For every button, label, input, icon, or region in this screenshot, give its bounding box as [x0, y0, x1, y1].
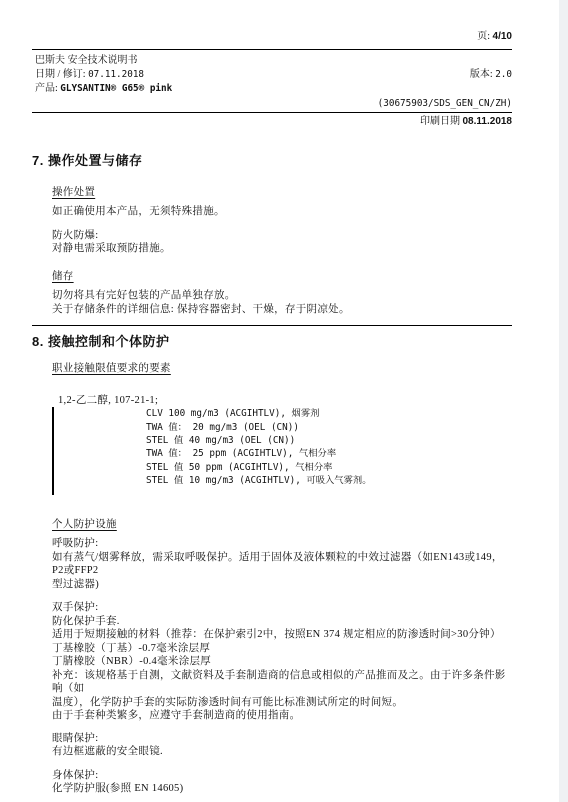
oel-subheading-text: 职业接触限值要求的要素	[52, 363, 171, 374]
doc-title-row: 巴斯夫 安全技术说明书	[35, 54, 512, 68]
fire-label: 防火防爆:	[52, 229, 512, 243]
print-date-row: 印刷日期 08.11.2018	[32, 113, 512, 129]
doc-title: 巴斯夫 安全技术说明书	[35, 55, 138, 66]
version-label: 版本:	[470, 69, 493, 80]
fire-text: 对静电需采取预防措施。	[52, 242, 512, 256]
limit-line: CLV 100 mg/m3 (ACGIHTLV), 烟雾剂	[146, 407, 512, 420]
hand-line: 丁腈橡胶（NBR）-0.4毫米涂层厚	[52, 655, 512, 669]
header-page-row: 页: 4/10	[32, 30, 512, 50]
storage-line: 切勿将具有完好包装的产品单独存放。	[52, 289, 512, 303]
respiratory-label: 呼吸防护:	[52, 537, 512, 551]
hand-line: 防化保护手套.	[52, 615, 512, 629]
page-number: 4/10	[493, 31, 512, 42]
limit-line: STEL 值 50 ppm (ACGIHTLV), 气相分率	[146, 461, 512, 474]
body-text: 化学防护服(参照 EN 14605)	[52, 782, 512, 796]
section7-heading: 7. 操作处置与储存	[32, 153, 512, 169]
date-label: 日期 / 修订:	[35, 69, 86, 80]
hand-label: 双手保护:	[52, 601, 512, 615]
hand-line: 由于手套种类繁多，应遵守手套制造商的使用指南。	[52, 709, 512, 723]
hand-line: 丁基橡胶（丁基）-0.7毫米涂层厚	[52, 642, 512, 656]
storage-line: 关于存储条件的详细信息: 保持容器密封、干燥，存于阴凉处。	[52, 303, 512, 317]
product-name: GLYSANTIN® G65® pink	[60, 83, 172, 94]
version: 版本: 2.0	[470, 68, 512, 82]
hand-protection-block: 双手保护: 防化保护手套. 适用于短期接触的材料（推荐：在保护索引2中，按照EN…	[52, 601, 512, 723]
page-label: 页:	[477, 31, 490, 42]
limit-line: TWA 值： 25 ppm (ACGIHTLV), 气相分率	[146, 447, 512, 460]
eye-protection-block: 眼睛保护: 有边框遮蔽的安全眼镜.	[52, 732, 512, 759]
handling-subheading-text: 操作处置	[52, 187, 95, 198]
ppe-subheading-text: 个人防护设施	[52, 519, 117, 530]
page-edge-strip	[559, 0, 568, 802]
hand-line: 温度），化学防护手套的实际防渗透时间有可能比标准测试所定的时间短。	[52, 696, 512, 710]
page-content: 页: 4/10 巴斯夫 安全技术说明书 日期 / 修订: 07.11.2018 …	[0, 0, 568, 796]
body-protection-block: 身体保护: 化学防护服(参照 EN 14605)	[52, 769, 512, 796]
date-revision: 日期 / 修订: 07.11.2018	[35, 68, 144, 82]
section8-heading: 8. 接触控制和个体防护	[32, 334, 512, 350]
substance-line: 1,2-乙二醇, 107-21-1;	[58, 394, 512, 408]
version-value: 2.0	[495, 69, 512, 80]
product-label: 产品:	[35, 83, 58, 94]
handling-text: 如正确使用本产品，无须特殊措施。	[52, 205, 512, 219]
sds-document-page: 页: 4/10 巴斯夫 安全技术说明书 日期 / 修订: 07.11.2018 …	[0, 0, 568, 802]
exposure-limits-block: CLV 100 mg/m3 (ACGIHTLV), 烟雾剂 TWA 值： 20 …	[52, 407, 512, 494]
date-version-row: 日期 / 修订: 07.11.2018 版本: 2.0	[35, 68, 512, 82]
oel-subheading: 职业接触限值要求的要素	[52, 362, 512, 376]
storage-subheading: 储存	[52, 270, 512, 284]
limit-line: STEL 值 10 mg/m3 (ACGIHTLV), 可吸入气雾剂。	[146, 474, 512, 487]
hand-line: 补充：该规格基于自测，文献资料及手套制造商的信息或相似的产品推而及之。由于许多条…	[52, 669, 512, 696]
eye-label: 眼睛保护:	[52, 732, 512, 746]
storage-subheading-text: 储存	[52, 271, 74, 282]
respiratory-line: 型过滤器)	[52, 578, 512, 592]
eye-text: 有边框遮蔽的安全眼镜.	[52, 745, 512, 759]
doc-code-row: (30675903/SDS_GEN_CN/ZH)	[35, 97, 512, 110]
body-label: 身体保护:	[52, 769, 512, 783]
ppe-subheading: 个人防护设施	[52, 518, 512, 532]
section-divider	[32, 325, 512, 326]
product-row: 产品: GLYSANTIN® G65® pink	[35, 82, 512, 96]
header-block: 巴斯夫 安全技术说明书 日期 / 修订: 07.11.2018 版本: 2.0 …	[32, 50, 512, 113]
respiratory-block: 呼吸防护: 如有蒸气/烟雾释放，需采取呼吸保护。适用于固体及液体颗粒的中效过滤器…	[52, 537, 512, 591]
respiratory-line: 如有蒸气/烟雾释放，需采取呼吸保护。适用于固体及液体颗粒的中效过滤器（如EN14…	[52, 551, 512, 578]
print-date-value: 08.11.2018	[463, 116, 513, 127]
print-date-label: 印刷日期	[420, 116, 460, 127]
storage-block: 切勿将具有完好包装的产品单独存放。 关于存储条件的详细信息: 保持容器密封、干燥…	[52, 289, 512, 316]
fire-protection-block: 防火防爆: 对静电需采取预防措施。	[52, 229, 512, 256]
date-value: 07.11.2018	[88, 69, 144, 80]
limit-line: TWA 值： 20 mg/m3 (OEL (CN))	[146, 421, 512, 434]
hand-line: 适用于短期接触的材料（推荐：在保护索引2中，按照EN 374 规定相应的防渗透时…	[52, 628, 512, 642]
doc-code: (30675903/SDS_GEN_CN/ZH)	[378, 98, 512, 109]
handling-subheading: 操作处置	[52, 186, 512, 200]
limit-line: STEL 值 40 mg/m3 (OEL (CN))	[146, 434, 512, 447]
